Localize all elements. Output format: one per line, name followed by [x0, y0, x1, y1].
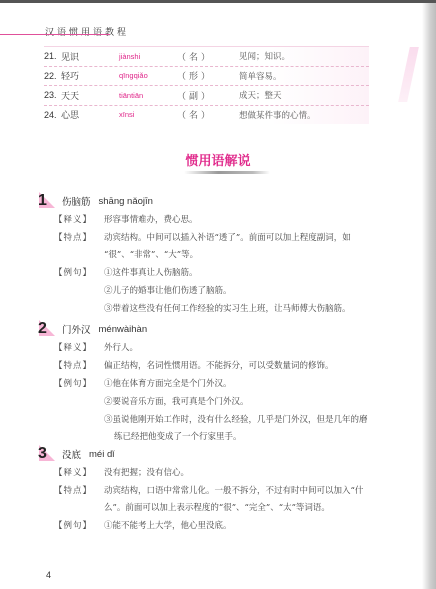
idiom-entry-1: 1 伤脑筋 shāng nǎojīn 【释义】 形容事情难办，费心思。 【特点】… [36, 192, 406, 316]
section-underline [184, 171, 270, 174]
vocab-definition: 见闻；知识。 [239, 50, 369, 62]
viewer-top-border [0, 0, 436, 3]
vocab-row: 22. 轻巧 qīngqiǎo （形） 简单容易。 [44, 67, 369, 87]
example-text: ①这件事真让人伤脑筋。 [104, 266, 198, 280]
example-tag: 【例句】 [54, 377, 104, 391]
vocab-definition: 成天；整天 [239, 89, 369, 101]
entry-number: 3 [36, 445, 47, 462]
example-text: ①能不能考上大学，他心里没底。 [104, 519, 232, 533]
example-text: ②要说音乐方面，我可真是个门外汉。 [36, 395, 406, 409]
example-line: 【例句】 ①这件事真让人伤脑筋。 [36, 266, 406, 280]
meaning-text: 没有把握；没有信心。 [104, 466, 189, 480]
vocab-word: 见识 [58, 50, 119, 63]
entry-word: 伤脑筋 [62, 194, 91, 208]
feature-tag: 【特点】 [54, 359, 104, 373]
entry-number: 1 [36, 192, 47, 209]
example-line: 【例句】 ①他在体育方面完全是个门外汉。 [36, 377, 406, 391]
vocab-word: 心思 [58, 108, 119, 121]
vocab-number: 22. [44, 71, 58, 81]
entry-heading: 3 没底 méi dǐ [36, 445, 406, 463]
header-rule [0, 34, 110, 35]
example-text: ③带着这些没有任何工作经验的实习生上班，让马师傅大伤脑筋。 [36, 302, 406, 316]
entry-number: 2 [36, 320, 47, 337]
vocab-part-of-speech: （副） [177, 89, 239, 102]
entry-word: 门外汉 [62, 322, 91, 336]
section-title: 惯用语解说 [0, 150, 436, 169]
vocab-row: 21. 见识 jiànshi （名） 见闻；知识。 [44, 47, 369, 67]
vocab-part-of-speech: （名） [177, 50, 239, 63]
idiom-entry-2: 2 门外汉 ménwàihàn 【释义】 外行人。 【特点】 偏正结构，名词性惯… [36, 320, 406, 444]
example-text: ①他在体育方面完全是个门外汉。 [104, 377, 232, 391]
vocab-pinyin: jiànshi [119, 52, 177, 61]
vocab-number: 23. [44, 90, 58, 100]
idiom-entry-3: 3 没底 méi dǐ 【释义】 没有把握；没有信心。 【特点】 动宾结构，口语… [36, 445, 406, 533]
meaning-line: 【释义】 外行人。 [36, 341, 406, 355]
example-line: 【例句】 ①能不能考上大学，他心里没底。 [36, 519, 406, 533]
feature-tag: 【特点】 [54, 484, 104, 498]
vocab-definition: 简单容易。 [239, 70, 369, 82]
entry-number-badge: 1 [36, 192, 58, 210]
vocabulary-table: 21. 见识 jiànshi （名） 见闻；知识。 22. 轻巧 qīngqiǎ… [44, 46, 369, 124]
decorative-pink-stripe [398, 47, 419, 102]
example-text: ②儿子的婚事让他们伤透了脑筋。 [36, 284, 406, 298]
meaning-tag: 【释义】 [54, 341, 104, 355]
example-tag: 【例句】 [54, 266, 104, 280]
meaning-line: 【释义】 没有把握；没有信心。 [36, 466, 406, 480]
meaning-text: 外行人。 [104, 341, 138, 355]
feature-continuation: “很”、“非常”、“大”等。 [36, 248, 406, 262]
example-text: ③虽说他刚开始工作时，没有什么经验，几乎是门外汉，但是几年的磨 [36, 413, 406, 427]
entry-heading: 1 伤脑筋 shāng nǎojīn [36, 192, 406, 210]
feature-text: 动宾结构，口语中常常儿化。一般不拆分，不过有时中间可以加入“什 [104, 484, 363, 498]
vocab-row: 24. 心思 xīnsi （名） 想做某件事的心情。 [44, 106, 369, 125]
entry-word: 没底 [62, 447, 81, 461]
vocab-number: 24. [44, 110, 58, 120]
meaning-tag: 【释义】 [54, 213, 104, 227]
vocab-pinyin: qīngqiǎo [119, 71, 177, 80]
vocab-row: 23. 天天 tiāntiān （副） 成天；整天 [44, 86, 369, 106]
vocab-pinyin: tiāntiān [119, 91, 177, 100]
vocab-number: 21. [44, 51, 58, 61]
feature-text: 动宾结构。中间可以插入补语“透了”。前面可以加上程度副词，如 [104, 231, 351, 245]
vocab-definition: 想做某件事的心情。 [239, 109, 369, 121]
vocab-part-of-speech: （形） [177, 69, 239, 82]
vocab-word: 轻巧 [58, 69, 119, 82]
feature-tag: 【特点】 [54, 231, 104, 245]
entry-number-badge: 2 [36, 320, 58, 338]
feature-continuation: 么”。前面可以加上表示程度的“很”、“完全”、“太”等词语。 [36, 501, 406, 515]
feature-text: 偏正结构，名词性惯用语。不能拆分，可以受数量词的修饰。 [104, 359, 334, 373]
meaning-line: 【释义】 形容事情难办，费心思。 [36, 213, 406, 227]
entry-heading: 2 门外汉 ménwàihàn [36, 320, 406, 338]
page-number: 4 [46, 570, 51, 580]
vocab-pinyin: xīnsi [119, 110, 177, 119]
page-edge-shadow [422, 3, 436, 589]
meaning-text: 形容事情难办，费心思。 [104, 213, 198, 227]
book-title: 汉语惯用语教程 [45, 25, 129, 38]
entry-pinyin: méi dǐ [89, 449, 114, 460]
example-tag: 【例句】 [54, 519, 104, 533]
vocab-part-of-speech: （名） [177, 108, 239, 121]
feature-line: 【特点】 动宾结构。中间可以插入补语“透了”。前面可以加上程度副词，如 [36, 231, 406, 245]
vocab-word: 天天 [58, 89, 119, 102]
feature-line: 【特点】 偏正结构，名词性惯用语。不能拆分，可以受数量词的修饰。 [36, 359, 406, 373]
entry-pinyin: ménwàihàn [99, 324, 148, 335]
feature-line: 【特点】 动宾结构，口语中常常儿化。一般不拆分，不过有时中间可以加入“什 [36, 484, 406, 498]
entry-number-badge: 3 [36, 445, 58, 463]
entry-pinyin: shāng nǎojīn [99, 196, 153, 207]
example-continuation: 练已经把他变成了一个行家里手。 [36, 430, 406, 444]
meaning-tag: 【释义】 [54, 466, 104, 480]
